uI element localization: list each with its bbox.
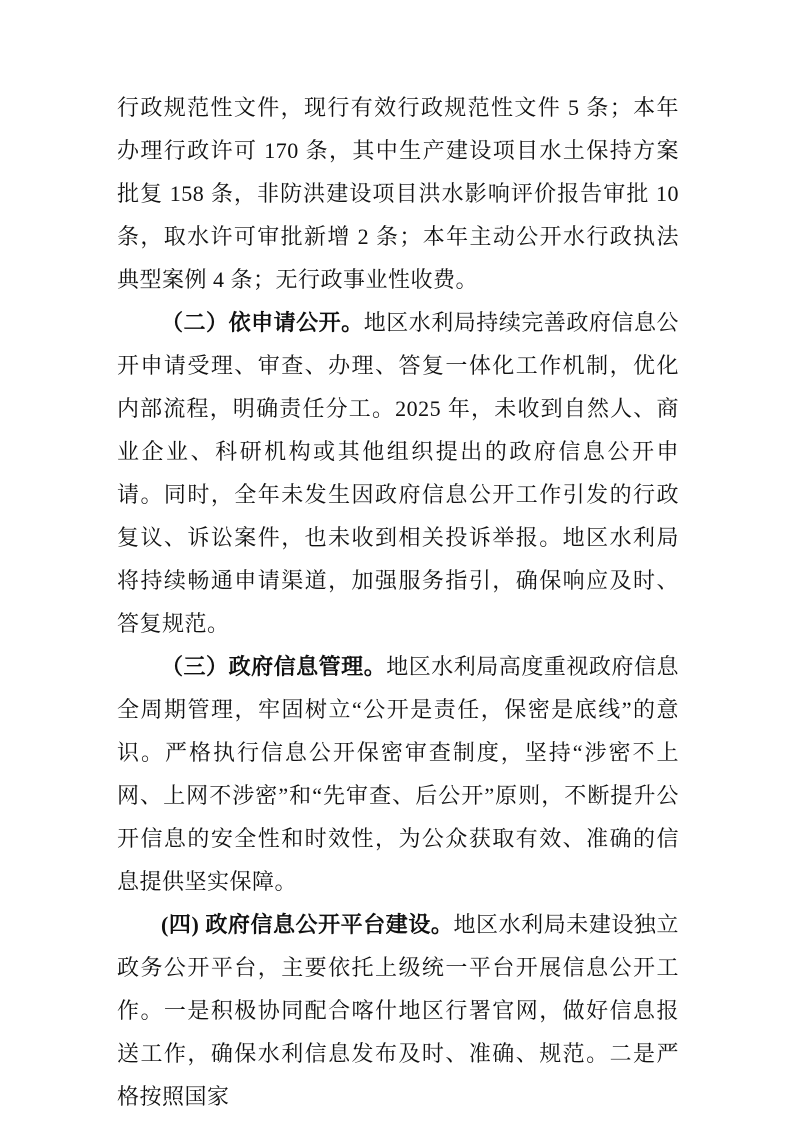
para-continuation: 行政规范性文件，现行有效行政规范性文件 5 条；本年办理行政许可 170 条，其… xyxy=(117,86,679,301)
text-run: 地区水利局高度重视政府信息全周期管理，牢固树立“公开是责任，保密是底线”的意识。… xyxy=(117,654,679,894)
para-section-3: （三）政府信息管理。地区水利局高度重视政府信息全周期管理，牢固树立“公开是责任，… xyxy=(117,645,679,903)
section-heading-run: (四) 政府信息公开平台建设。 xyxy=(161,912,453,937)
section-heading-run: （二）依申请公开。 xyxy=(161,310,364,335)
document-body-text: 行政规范性文件，现行有效行政规范性文件 5 条；本年办理行政许可 170 条，其… xyxy=(117,86,679,1118)
para-section-4: (四) 政府信息公开平台建设。地区水利局未建设独立政务公开平台，主要依托上级统一… xyxy=(117,903,679,1118)
document-page: 行政规范性文件，现行有效行政规范性文件 5 条；本年办理行政许可 170 条，其… xyxy=(0,0,793,1122)
text-run: 地区水利局持续完善政府信息公开申请受理、审查、办理、答复一体化工作机制，优化内部… xyxy=(117,310,679,636)
section-heading-run: （三）政府信息管理。 xyxy=(161,654,386,679)
para-section-2: （二）依申请公开。地区水利局持续完善政府信息公开申请受理、审查、办理、答复一体化… xyxy=(117,301,679,645)
text-run: 地区水利局未建设独立政务公开平台，主要依托上级统一平台开展信息公开工作。一是积极… xyxy=(117,912,679,1109)
text-run: 行政规范性文件，现行有效行政规范性文件 5 条；本年办理行政许可 170 条，其… xyxy=(117,95,679,292)
